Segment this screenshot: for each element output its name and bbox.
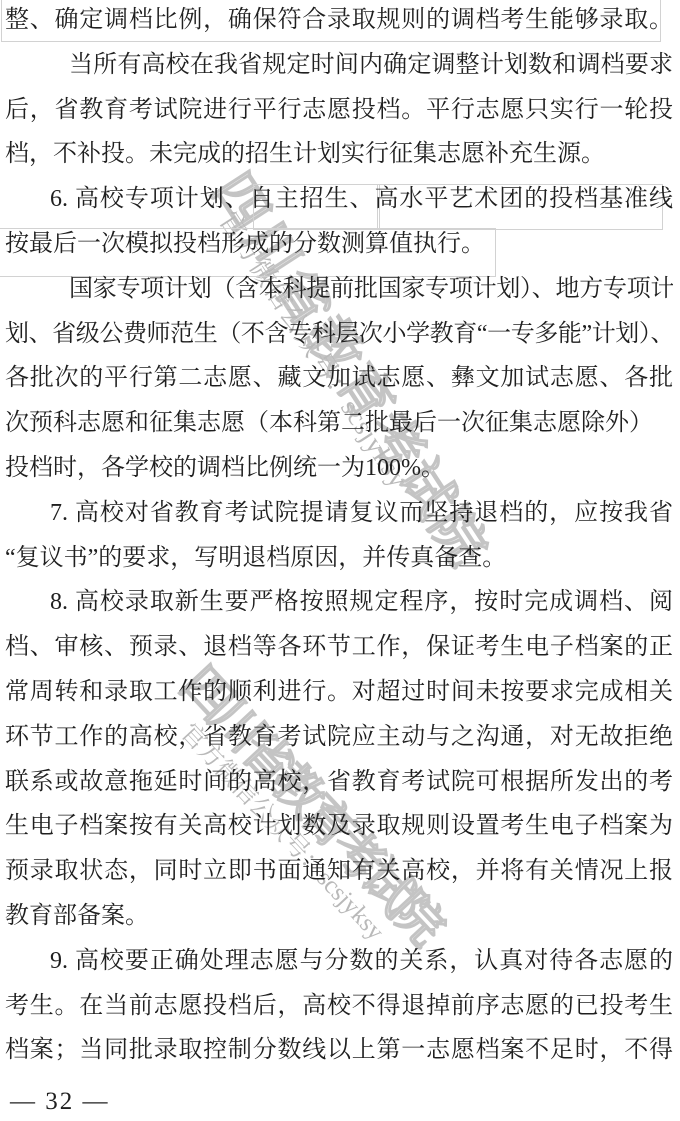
text-line: 联系或故意拖延时间的高校，省教育考试院可根据所发出的考 xyxy=(5,760,673,805)
text-line: 国家专项计划（含本科提前批国家专项计划）、地方专项计 xyxy=(5,267,673,312)
text-line: 档、审核、预录、退档等各环节工作，保证考生电子档案的正 xyxy=(5,625,673,670)
text-line: 6. 高校专项计划、自主招生、高水平艺术团的投档基准线 xyxy=(5,177,673,222)
text-line: 7. 高校对省教育考试院提请复议而坚持退档的，应按我省 xyxy=(5,491,673,536)
text-line: 9. 高校要正确处理志愿与分数的关系，认真对待各志愿的 xyxy=(5,939,673,984)
text-line: 划、省级公费师范生（不含专科层次小学教育“一专多能”计划）、 xyxy=(5,312,673,357)
document-page: 四川省教育考试院 官方微信公众号：scsjyksy 四川省教育考试院 官方微信公… xyxy=(0,0,680,1121)
text-line: 预录取状态，同时立即书面通知有关高校，并将有关情况上报 xyxy=(5,849,673,894)
text-line: 按最后一次模拟投档形成的分数测算值执行。 xyxy=(5,222,673,267)
text-line: 次预科志愿和征集志愿（本科第二批最后一次征集志愿除外） xyxy=(5,401,673,446)
text-line: 环节工作的高校，省教育考试院应主动与之沟通，对无故拒绝 xyxy=(5,715,673,760)
text-line: 各批次的平行第二志愿、藏文加试志愿、彝文加试志愿、各批 xyxy=(5,356,673,401)
text-line: 考生。在当前志愿投档后，高校不得退掉前序志愿的已投考生 xyxy=(5,984,673,1029)
text-line: 当所有高校在我省规定时间内确定调整计划数和调档要求 xyxy=(5,43,673,88)
text-line: 后，省教育考试院进行平行志愿投档。平行志愿只实行一轮投 xyxy=(5,88,673,133)
text-line: 投档时，各学校的调档比例统一为100%。 xyxy=(5,446,673,491)
text-line: 常周转和录取工作的顺利进行。对超过时间未按要求完成相关 xyxy=(5,670,673,715)
text-line: 8. 高校录取新生要严格按照规定程序，按时完成调档、阅 xyxy=(5,580,673,625)
document-body: 整、确定调档比例，确保符合录取规则的调档考生能够录取。 当所有高校在我省规定时间… xyxy=(5,0,673,1073)
text-line: 档，不补投。未完成的招生计划实行征集志愿补充生源。 xyxy=(5,132,673,177)
text-line: 档案；当同批录取控制分数线以上第一志愿档案不足时，不得 xyxy=(5,1028,673,1073)
text-line: 教育部备案。 xyxy=(5,894,673,939)
text-line: “复议书”的要求，写明退档原因，并传真备查。 xyxy=(5,536,673,581)
page-number: — 32 — xyxy=(10,1088,110,1116)
text-line: 生电子档案按有关高校计划数及录取规则设置考生电子档案为 xyxy=(5,804,673,849)
text-line: 整、确定调档比例，确保符合录取规则的调档考生能够录取。 xyxy=(5,0,673,43)
